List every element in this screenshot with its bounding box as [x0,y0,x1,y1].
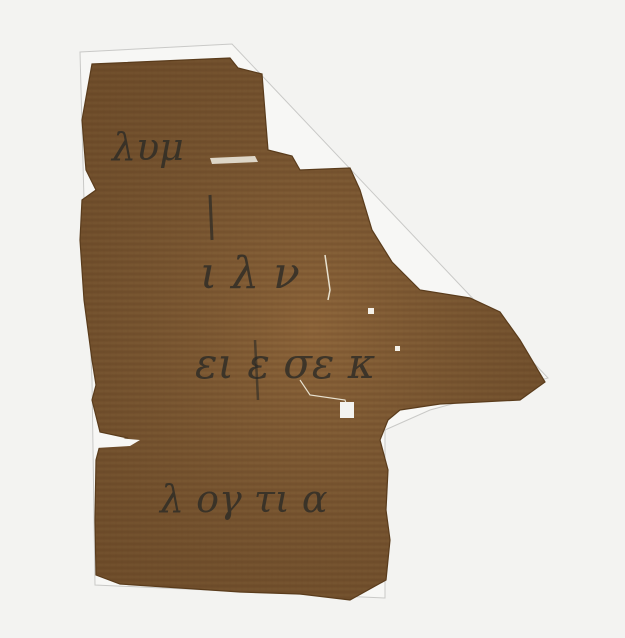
text-line-4: λ ογ τι α [158,477,328,521]
text-line-2: ι λ ν [200,248,300,299]
text-line-3: ει ε σε κ [195,339,375,388]
text-line-1: λυμ [110,125,184,169]
photograph: λυμ ι λ ν ει ε σε κ λ ογ τι α [0,0,625,638]
papyrus-photo: λυμ ι λ ν ει ε σε κ λ ογ τι α [0,0,625,638]
